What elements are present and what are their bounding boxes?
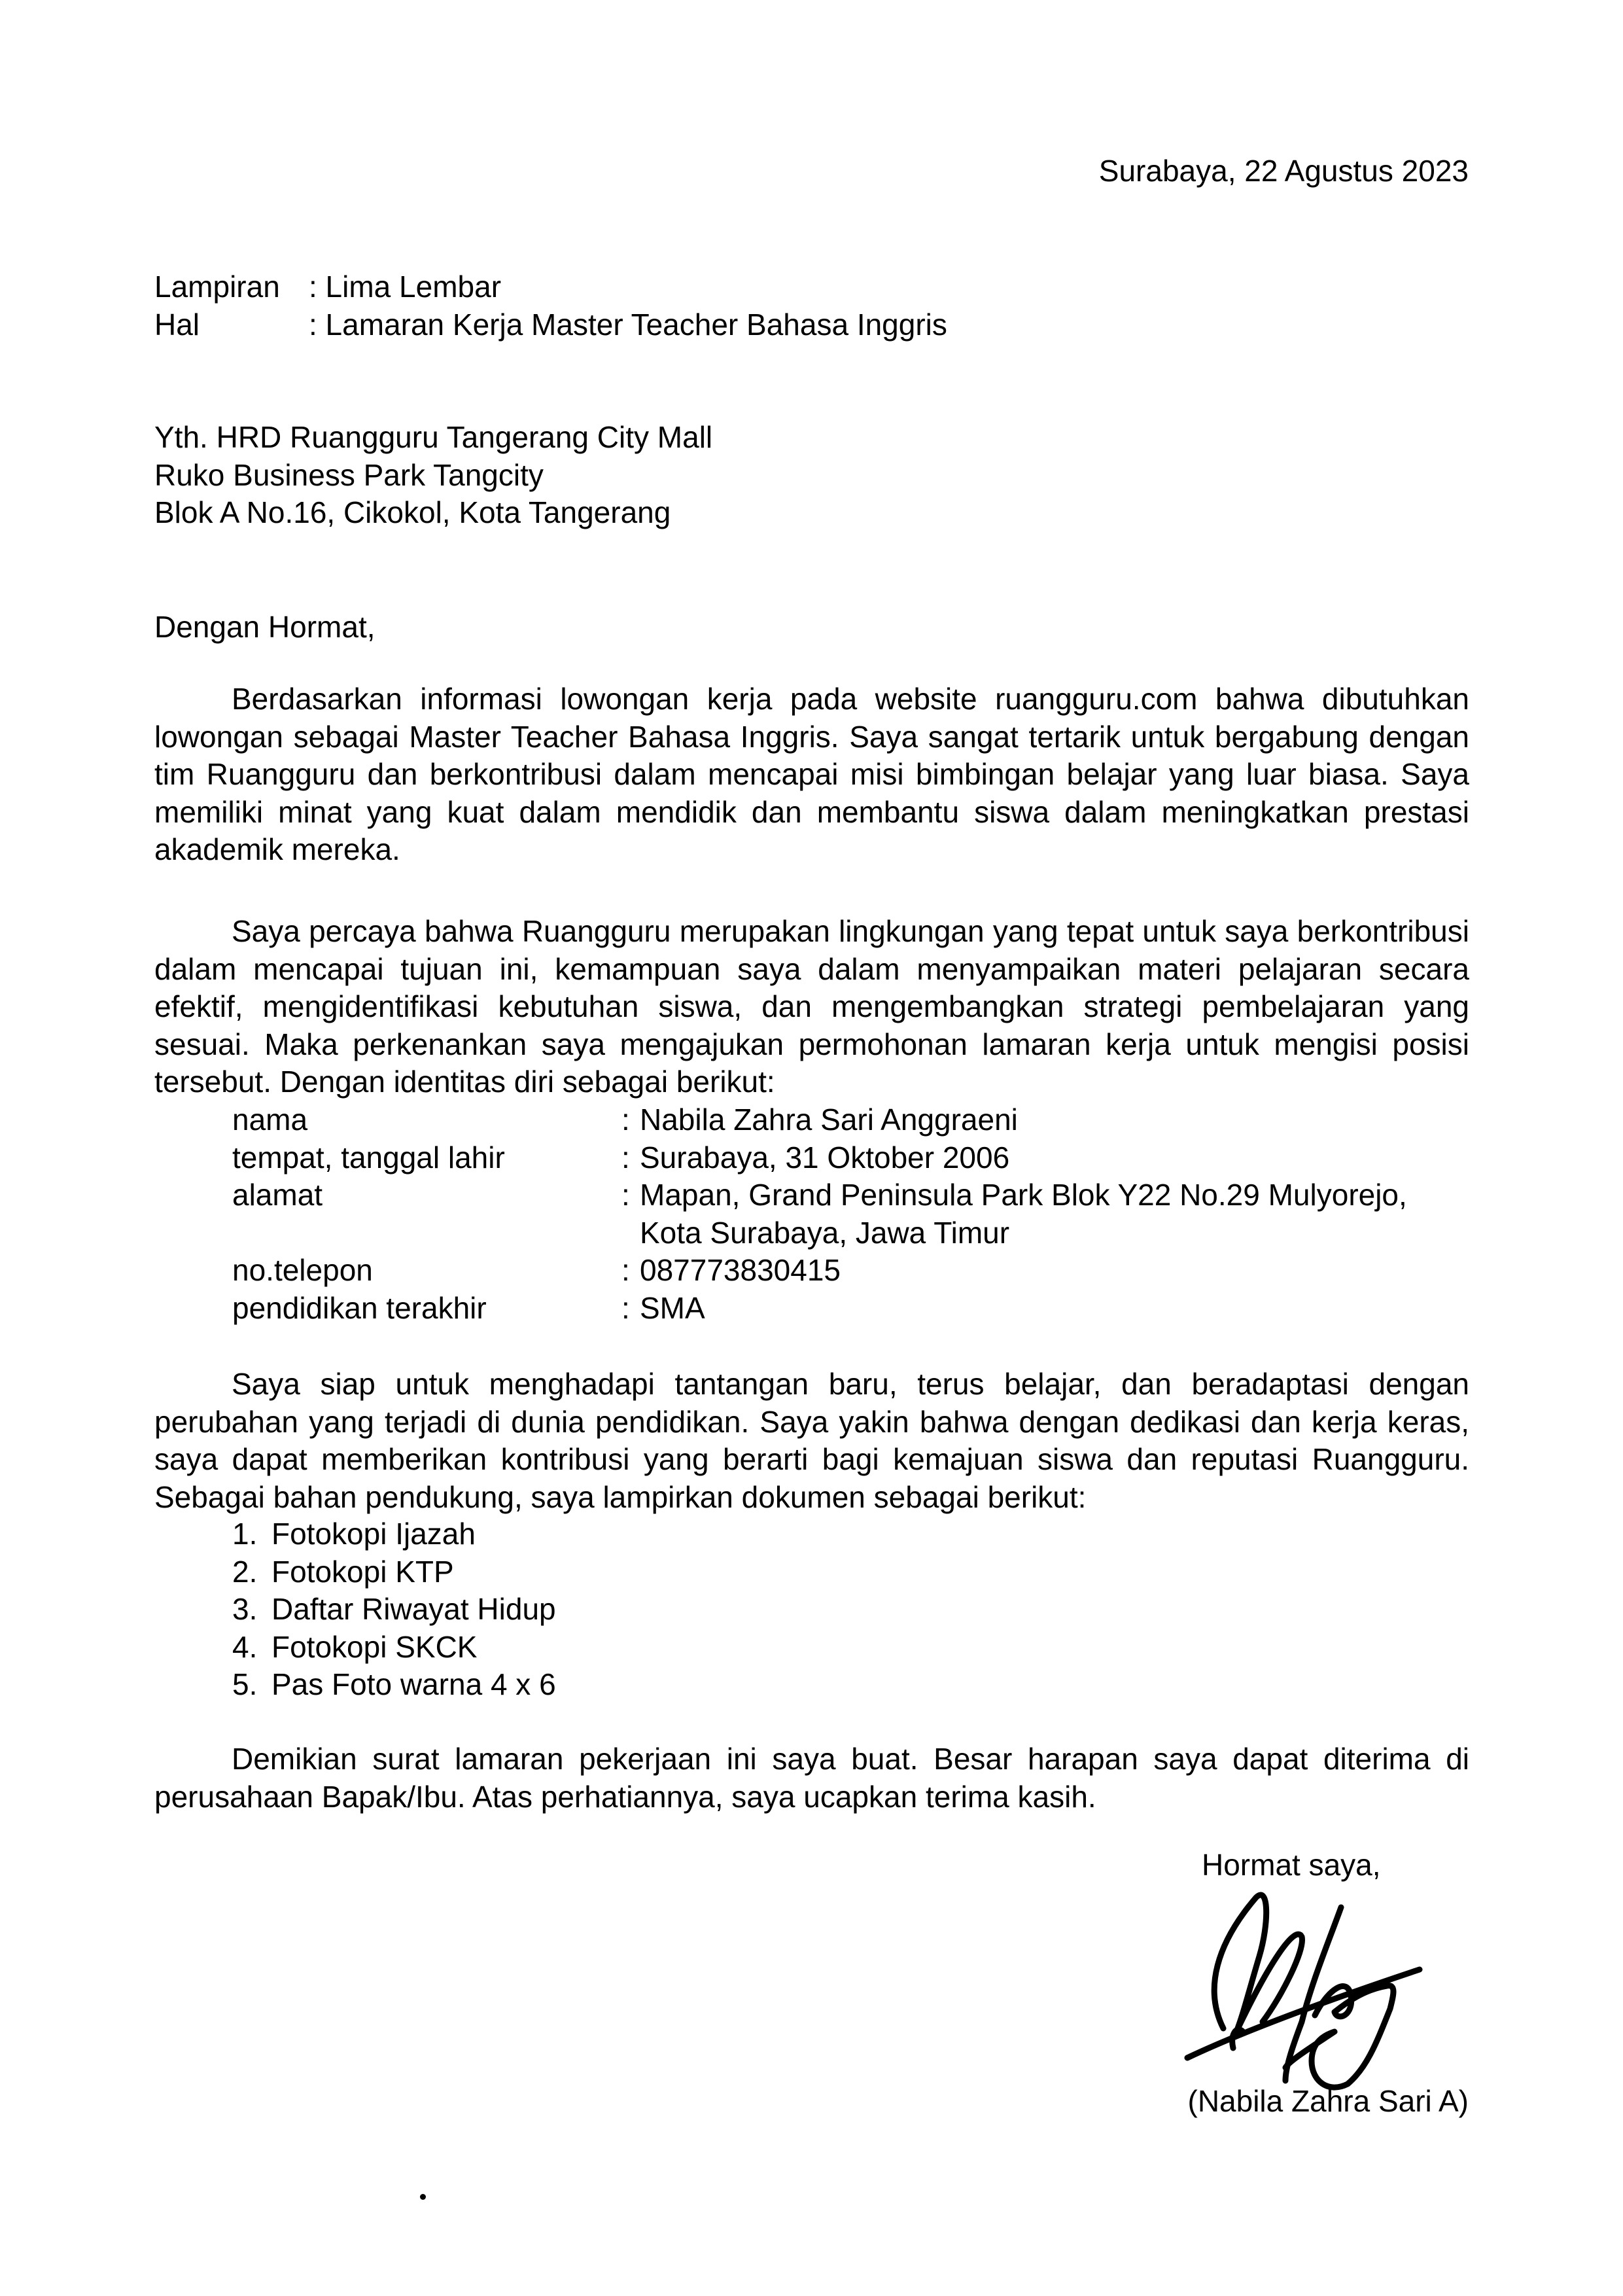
identity-value: Mapan, Grand Peninsula Park Blok Y22 No.… xyxy=(640,1176,1469,1252)
identity-colon: : xyxy=(621,1139,640,1177)
identity-row: nama : Nabila Zahra Sari Anggraeni xyxy=(232,1101,1469,1139)
attachment-item: 5. Pas Foto warna 4 x 6 xyxy=(232,1666,556,1704)
attachment-item: 1. Fotokopi Ijazah xyxy=(232,1515,556,1553)
attachment-text: Fotokopi SKCK xyxy=(271,1629,477,1667)
paragraph-motivation: Saya percaya bahwa Ruangguru merupakan l… xyxy=(154,913,1469,1101)
identity-value: Surabaya, 31 Oktober 2006 xyxy=(640,1139,1469,1177)
paragraph-closing: Demikian surat lamaran pekerjaan ini say… xyxy=(154,1740,1469,1816)
identity-row: alamat : Mapan, Grand Peninsula Park Blo… xyxy=(232,1176,1469,1252)
attachment-number: 4. xyxy=(232,1629,271,1667)
identity-table: nama : Nabila Zahra Sari Anggraeni tempa… xyxy=(232,1101,1469,1327)
identity-label: alamat xyxy=(232,1176,621,1252)
stray-dot xyxy=(420,2194,426,2200)
attachment-number: 2. xyxy=(232,1553,271,1591)
identity-colon: : xyxy=(621,1101,640,1139)
identity-label: pendidikan terakhir xyxy=(232,1290,621,1328)
recipient-line: Ruko Business Park Tangcity xyxy=(154,457,712,495)
attachment-text: Pas Foto warna 4 x 6 xyxy=(271,1666,556,1704)
identity-colon: : xyxy=(621,1252,640,1290)
identity-row: pendidikan terakhir : SMA xyxy=(232,1290,1469,1328)
attachment-number: 5. xyxy=(232,1666,271,1704)
attachment-text: Fotokopi Ijazah xyxy=(271,1515,476,1553)
letter-page: Surabaya, 22 Agustus 2023 Lampiran : Lim… xyxy=(0,0,1623,2296)
paragraph-commitment: Saya siap untuk menghadapi tantangan bar… xyxy=(154,1366,1469,1516)
attachment-item: 3. Daftar Riwayat Hidup xyxy=(232,1591,556,1629)
meta-value: : Lima Lembar xyxy=(309,268,501,306)
identity-value: 087773830415 xyxy=(640,1252,1469,1290)
closing-salutation: Hormat saya, xyxy=(1202,1846,1381,1884)
signer-name: (Nabila Zahra Sari A) xyxy=(1188,2083,1469,2121)
meta-label: Hal xyxy=(154,306,309,344)
identity-value: Nabila Zahra Sari Anggraeni xyxy=(640,1101,1469,1139)
recipient-line: Blok A No.16, Cikokol, Kota Tangerang xyxy=(154,494,712,532)
meta-label: Lampiran xyxy=(154,268,309,306)
meta-subject-row: Hal : Lamaran Kerja Master Teacher Bahas… xyxy=(154,306,947,344)
identity-label: tempat, tanggal lahir xyxy=(232,1139,621,1177)
identity-label: nama xyxy=(232,1101,621,1139)
attachment-item: 4. Fotokopi SKCK xyxy=(232,1629,556,1667)
identity-label: no.telepon xyxy=(232,1252,621,1290)
identity-colon: : xyxy=(621,1176,640,1252)
meta-attachment-row: Lampiran : Lima Lembar xyxy=(154,268,947,306)
recipient-line: Yth. HRD Ruangguru Tangerang City Mall xyxy=(154,419,712,457)
attachment-number: 3. xyxy=(232,1591,271,1629)
attachment-text: Fotokopi KTP xyxy=(271,1553,454,1591)
meta-value: : Lamaran Kerja Master Teacher Bahasa In… xyxy=(309,306,947,344)
recipient-address: Yth. HRD Ruangguru Tangerang City Mall R… xyxy=(154,419,712,532)
identity-colon: : xyxy=(621,1290,640,1328)
letter-meta: Lampiran : Lima Lembar Hal : Lamaran Ker… xyxy=(154,268,947,344)
attachment-text: Daftar Riwayat Hidup xyxy=(271,1591,556,1629)
identity-row: no.telepon : 087773830415 xyxy=(232,1252,1469,1290)
attachment-number: 1. xyxy=(232,1515,271,1553)
greeting: Dengan Hormat, xyxy=(154,609,375,646)
identity-row: tempat, tanggal lahir : Surabaya, 31 Okt… xyxy=(232,1139,1469,1177)
attachment-list: 1. Fotokopi Ijazah 2. Fotokopi KTP 3. Da… xyxy=(232,1515,556,1704)
paragraph-intro: Berdasarkan informasi lowongan kerja pad… xyxy=(154,680,1469,869)
identity-value: SMA xyxy=(640,1290,1469,1328)
signature-icon xyxy=(1171,1884,1433,2094)
attachment-item: 2. Fotokopi KTP xyxy=(232,1553,556,1591)
place-date: Surabaya, 22 Agustus 2023 xyxy=(1099,152,1469,190)
